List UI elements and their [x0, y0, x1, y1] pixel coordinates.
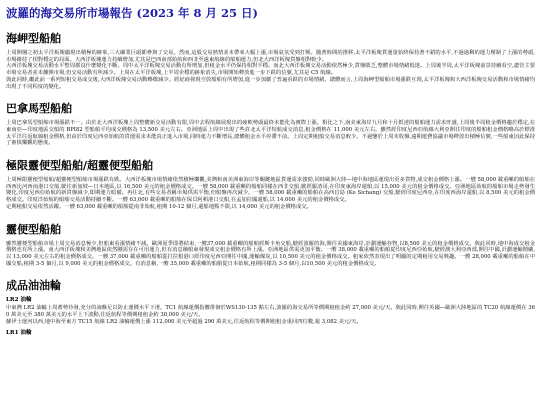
section-panamax: 巴拿馬型船舶 上周巴拿馬型船舶市場漲跌不一。由於北大西洋板塊上周整體新交易活動有… [6, 102, 535, 147]
subsection-heading-lr1: LR1 油輪 [6, 330, 535, 337]
section-clean-tankers: 成品油油輪 LR2 油輪 中東灣 LR2 油輪上周蓄勢待發,充分的詢盤足以防止運… [6, 279, 535, 337]
section-heading: 海岬型船舶 [6, 32, 535, 45]
paragraph: 中東灣 LR2 油輪上周蓄勢待發,充分的詢盤足以防止運價水平下滑。TC1 航線運… [6, 305, 535, 318]
section-ultramax-supramax: 極限靈便型船舶/超靈便型船舶 上周極限靈便型船舶/超靈便型船舶市場漲跌有跌。大西… [6, 159, 535, 211]
paragraph: 上周極限靈便型船舶/超靈便型船舶市場漲跌有跌。大西洋板塊市場情緒依然積極樂觀,美… [6, 177, 535, 204]
section-capesize: 海岬型船舶 上周開盤之初太平洋板塊顯現出積極的跡象,三大礦業巨頭都參與了交易。然… [6, 32, 535, 90]
paragraph: 大西洋板塊交易活動水平整周都沒什麼變化不斷。周中太平洋板塊交易活動有所增加,但租… [6, 63, 535, 76]
paragraph: 上周巴拿馬型船舶市場漲跌不一。由於北大西洋板塊上周整體新交易活動有限,周中去程航… [6, 120, 535, 147]
subsection-heading-lr2: LR2 油輪 [6, 297, 535, 304]
section-heading: 極限靈便型船舶/超靈便型船舶 [6, 159, 535, 172]
report-title: 波羅的海交易所市場報告 (2023 年 8 月 25 日) [6, 6, 535, 20]
section-heading: 成品油油輪 [6, 279, 535, 292]
paragraph: 蘇伊士運河以西,地中海至東方 TC15 航線 LR2 油輪運價上漲 112,00… [6, 319, 535, 326]
section-heading: 巴拿馬型船舶 [6, 102, 535, 115]
paragraph: 雖然靈便型船舶市場上周交易消息極少,但船東看漲情緒不減。歐洲夏季即將結束,一艘3… [6, 241, 535, 268]
paragraph: 定期租船交易依然活躍。一艘 63,000 載重噸的船舶從南非始航,租期 10-1… [6, 204, 535, 211]
report-page: 波羅的海交易所市場報告 (2023 年 8 月 25 日) 海岬型船舶 上周開盤… [0, 0, 540, 337]
paragraph: 上周開盤之初太平洋板塊顯現出積極的跡象,三大礦業巨頭都參與了交易。然而,這股交易… [6, 50, 535, 63]
section-handysize: 靈便型船舶 雖然靈便型船舶市場上周交易消息極少,但船東看漲情緒不減。歐洲夏季即將… [6, 223, 535, 268]
paragraph: 與此同時,繼此前一系列短租交易成交後,大西洋板塊交易活動略微減少。經紀商發現空放… [6, 77, 535, 90]
section-heading: 靈便型船舶 [6, 223, 535, 236]
